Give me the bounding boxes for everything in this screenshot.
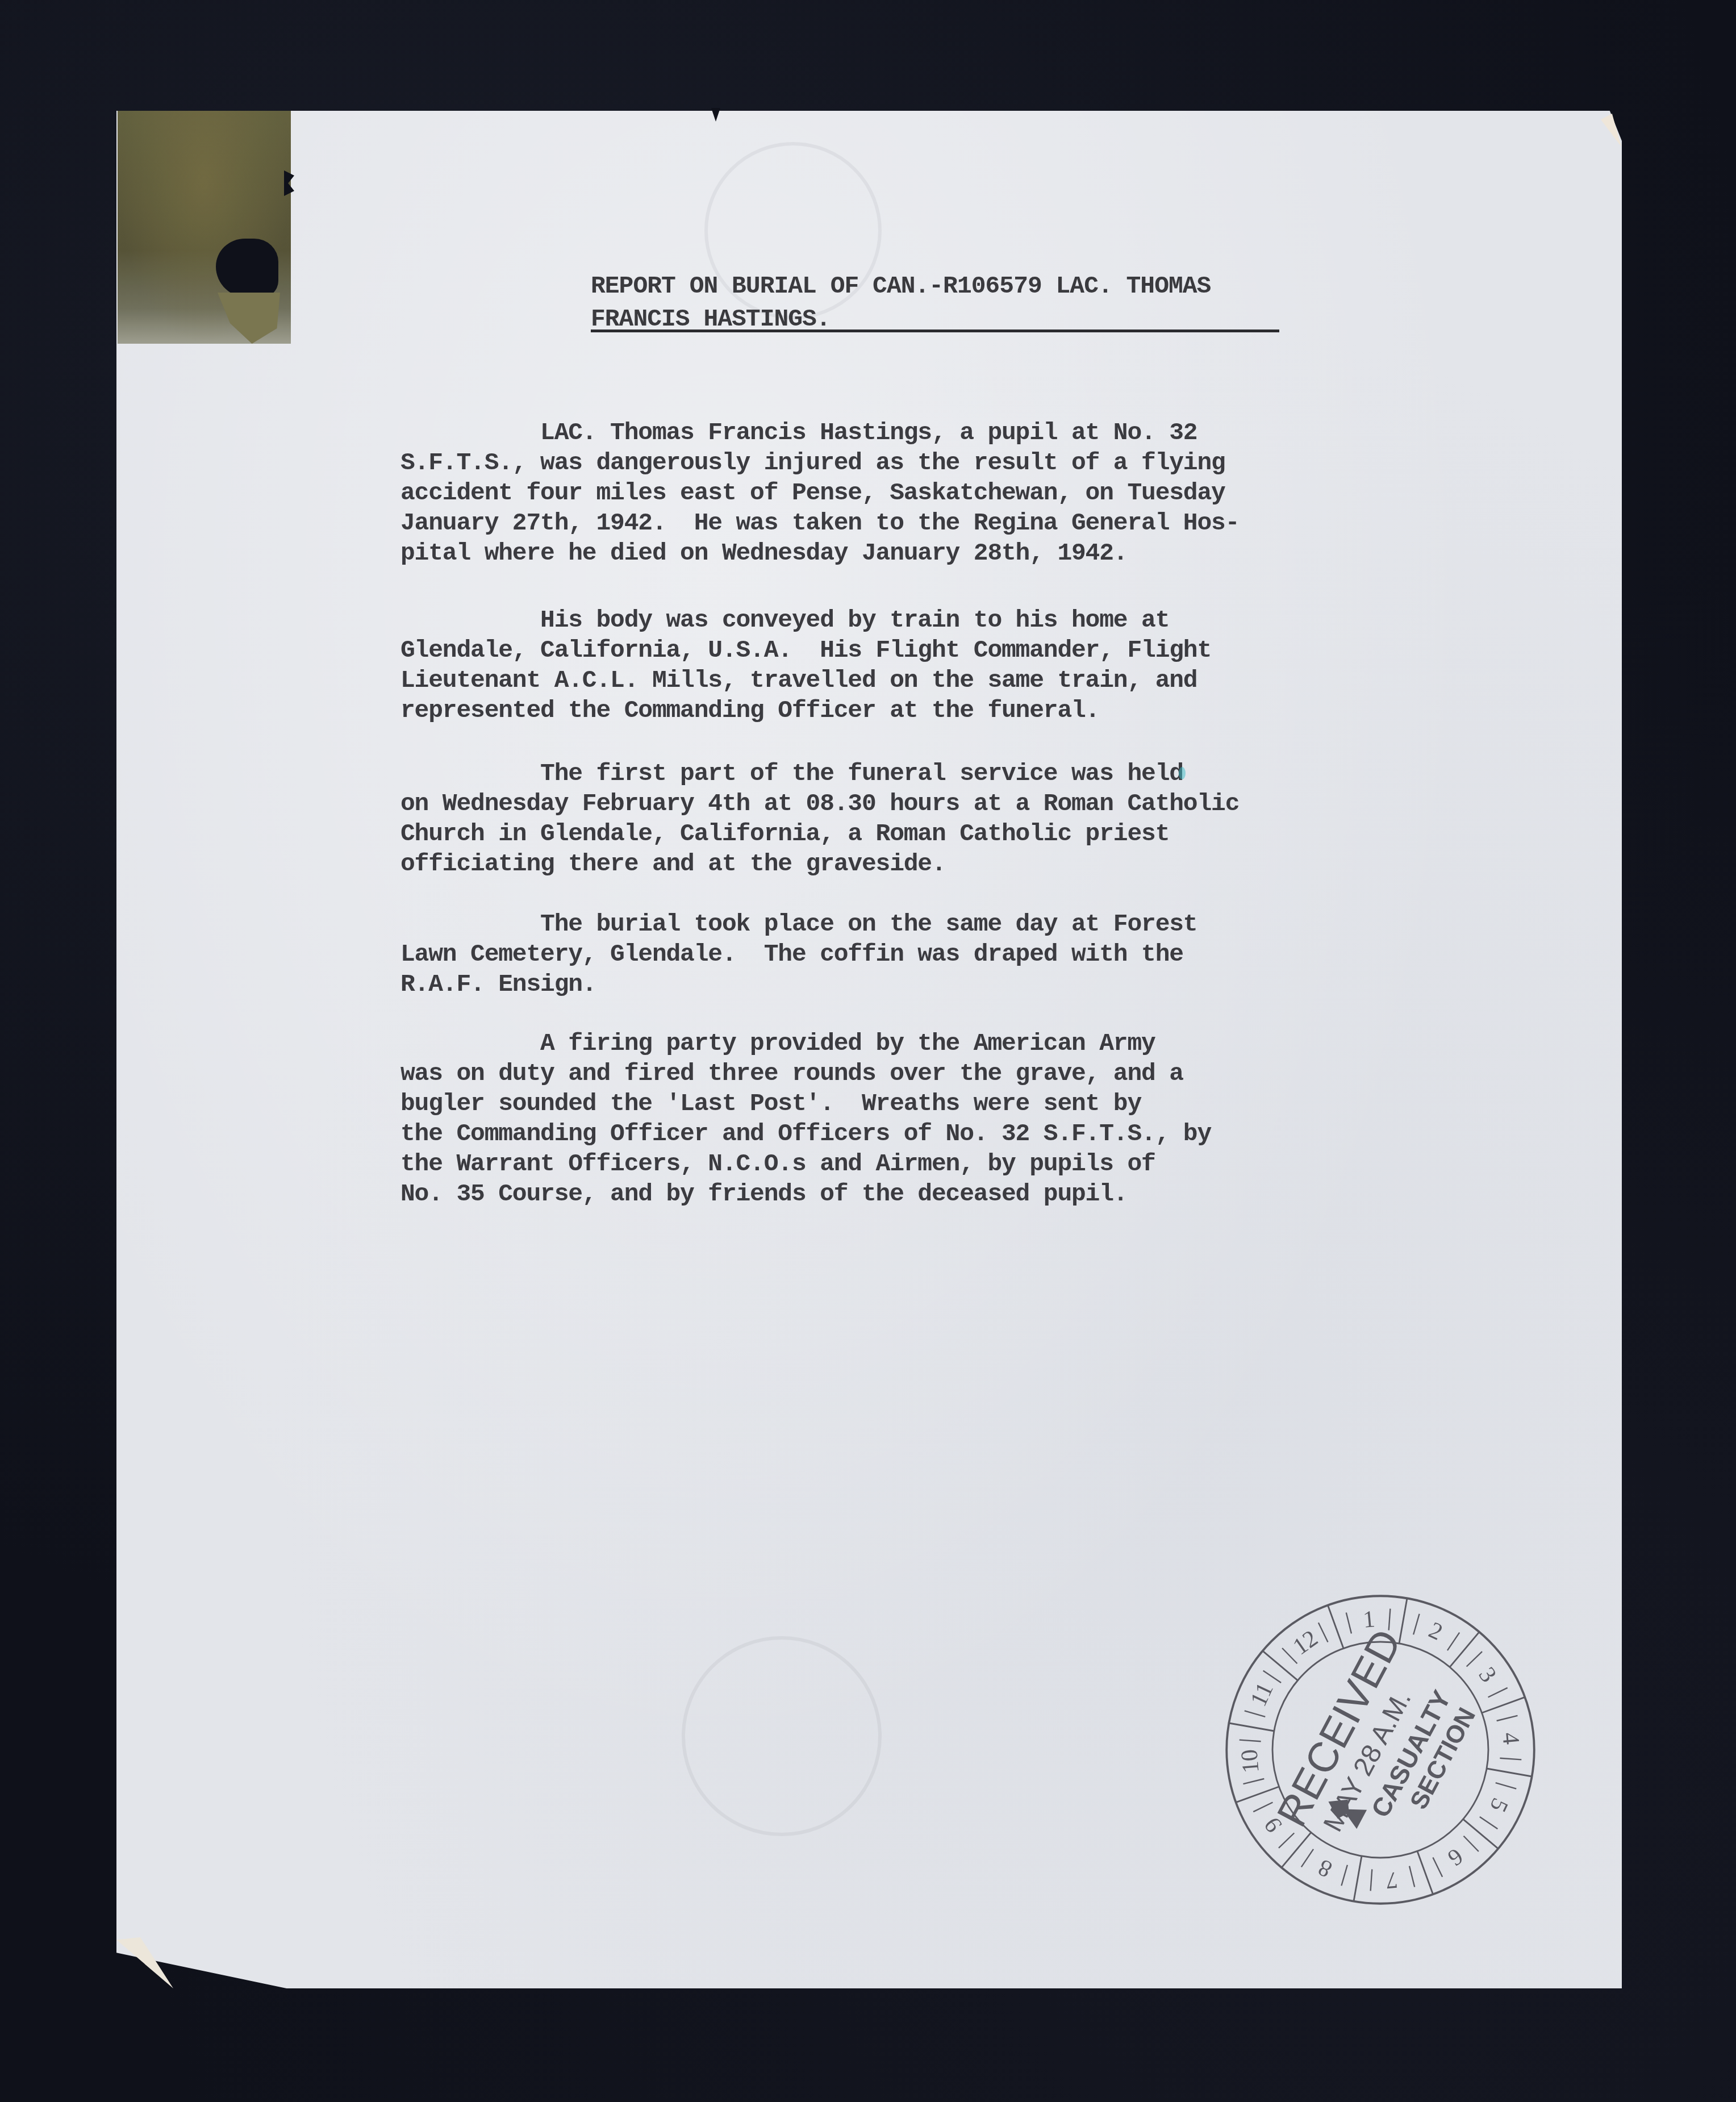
ink-blemish [1179, 767, 1186, 779]
report-paragraph: LAC. Thomas Francis Hastings, a pupil at… [400, 418, 1355, 568]
paragraph-line: accident four miles east of Pense, Saska… [400, 478, 1355, 508]
paragraph-line: bugler sounded the 'Last Post'. Wreaths … [400, 1088, 1355, 1119]
paragraph-line: represented the Commanding Officer at th… [400, 695, 1355, 725]
paragraph-line: Church in Glendale, California, a Roman … [400, 819, 1355, 849]
paragraph-line: was on duty and fired three rounds over … [400, 1058, 1355, 1088]
stamp-hour-label: 10 [1236, 1748, 1264, 1774]
paragraph-line: His body was conveyed by train to his ho… [400, 605, 1355, 635]
stamp-hour-label: 8 [1314, 1854, 1336, 1883]
paragraph-line: Glendale, California, U.S.A. His Flight … [400, 635, 1355, 665]
paragraph-line: A firing party provided by the American … [400, 1028, 1355, 1058]
paragraph-line: the Warrant Officers, N.C.O.s and Airmen… [400, 1149, 1355, 1179]
paragraph-line: Lawn Cemetery, Glendale. The coffin was … [400, 939, 1355, 969]
report-paragraph: The burial took place on the same day at… [400, 909, 1355, 999]
report-paragraph: The first part of the funeral service wa… [400, 758, 1355, 879]
stamp-hour-label: 11 [1245, 1679, 1279, 1711]
stamp-hour-label: 3 [1473, 1662, 1501, 1687]
report-paragraph: His body was conveyed by train to his ho… [400, 605, 1355, 725]
title-line: REPORT ON BURIAL OF CAN.-R106579 LAC. TH… [591, 270, 1295, 303]
stamp-hour-label: 2 [1425, 1617, 1446, 1646]
title-underline [591, 330, 1279, 332]
paragraph-line: R.A.F. Ensign. [400, 969, 1355, 999]
stamp-hour-label: 12 [1288, 1625, 1323, 1661]
stamp-hour-label: 7 [1385, 1866, 1399, 1894]
paragraph-line: S.F.T.S., was dangerously injured as the… [400, 448, 1355, 478]
report-title: REPORT ON BURIAL OF CAN.-R106579 LAC. TH… [591, 270, 1295, 336]
stamp-hour-label: 5 [1484, 1794, 1513, 1816]
paragraph-line: The burial took place on the same day at… [400, 909, 1355, 939]
faint-watermark-bottom [682, 1636, 882, 1836]
paragraph-line: the Commanding Officer and Officers of N… [400, 1119, 1355, 1149]
paragraph-line: LAC. Thomas Francis Hastings, a pupil at… [400, 418, 1355, 448]
stamp-hour-label: 6 [1443, 1842, 1468, 1871]
paragraph-line: pital where he died on Wednesday January… [400, 538, 1355, 568]
paragraph-line: The first part of the funeral service wa… [400, 758, 1355, 789]
paragraph-line: on Wednesday February 4th at 08.30 hours… [400, 789, 1355, 819]
received-stamp: 121234567891011RECEIVEDMAY 28 A.M.CASUAL… [1218, 1588, 1542, 1912]
paragraph-line: No. 35 Course, and by friends of the dec… [400, 1179, 1355, 1209]
stamp-hour-label: 4 [1497, 1732, 1524, 1746]
paragraph-line: Lieutenant A.C.L. Mills, travelled on th… [400, 665, 1355, 695]
report-paragraph: A firing party provided by the American … [400, 1028, 1355, 1209]
page-edge-notch [711, 108, 720, 122]
paragraph-line: officiating there and at the graveside. [400, 849, 1355, 879]
paragraph-line: January 27th, 1942. He was taken to the … [400, 508, 1355, 538]
